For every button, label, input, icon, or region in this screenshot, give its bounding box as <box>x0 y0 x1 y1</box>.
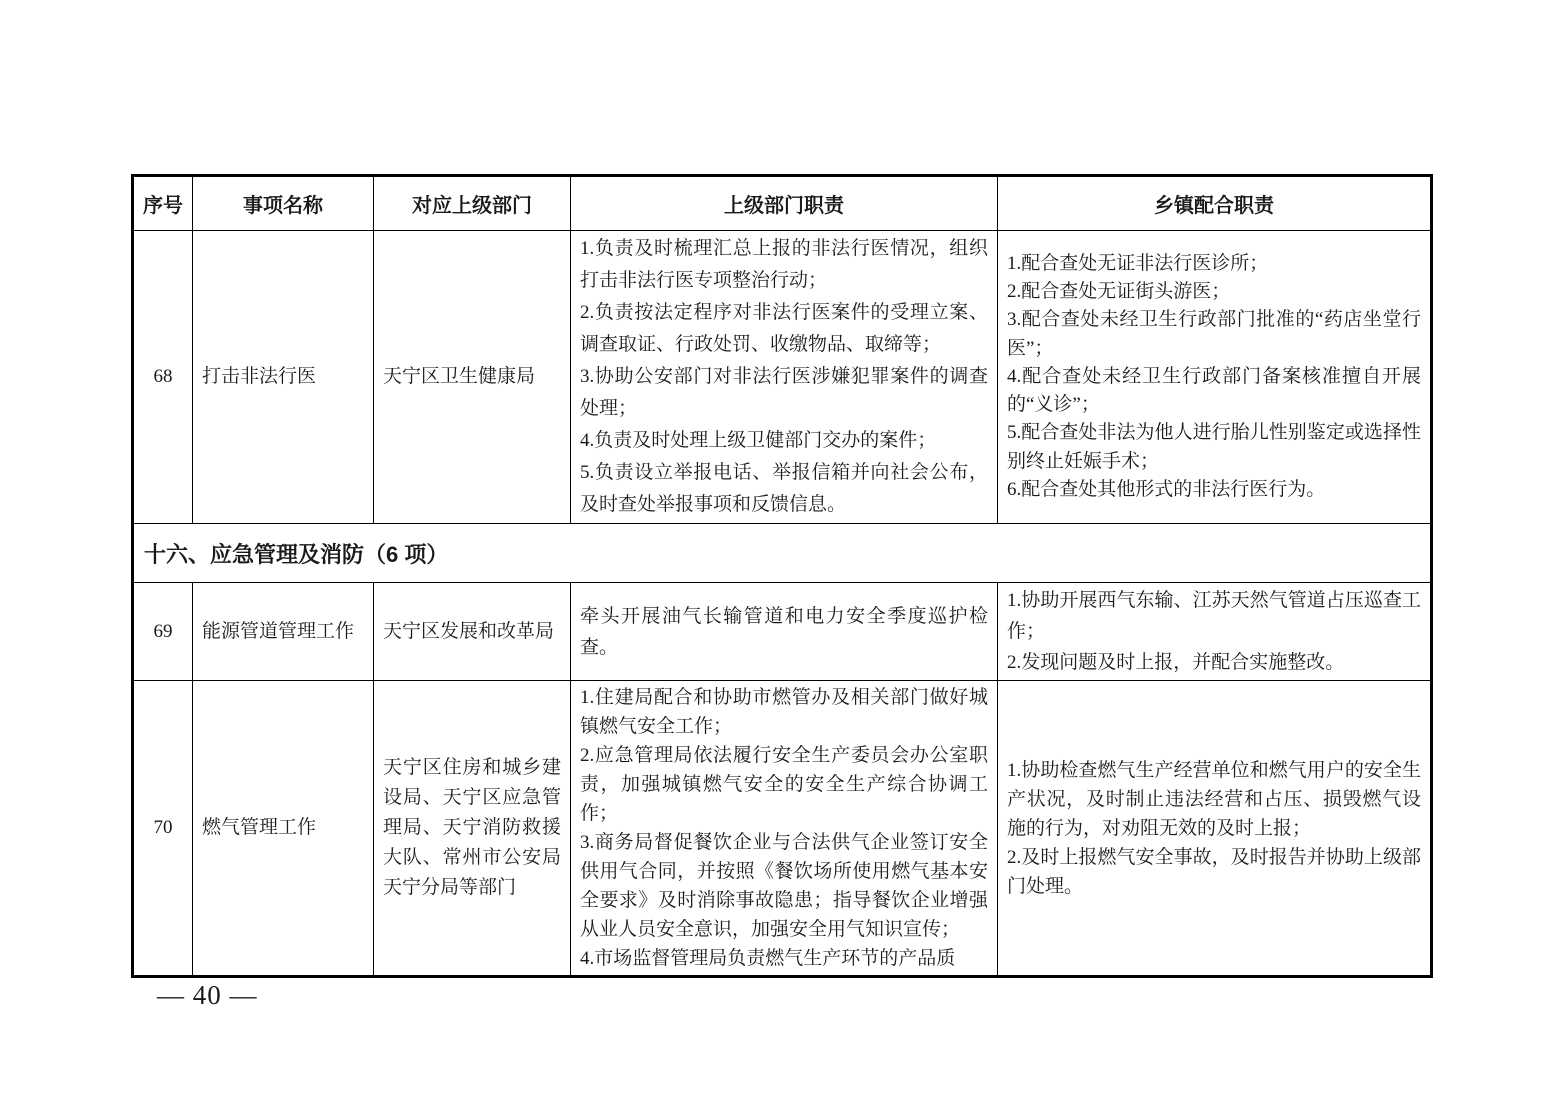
duty-item: 2.应急管理局依法履行安全生产委员会办公室职责，加强城镇燃气安全的安全生产综合协… <box>580 741 988 828</box>
duty-item: 2.负责按法定程序对非法行医案件的受理立案、调查取证、行政处罚、收缴物品、取缔等… <box>580 297 988 361</box>
duty-item: 3.商务局督促餐饮企业与合法供气企业签订安全供用气合同，并按照《餐饮场所使用燃气… <box>580 828 988 944</box>
duty-item: 2.配合查处无证街头游医； <box>1007 278 1421 306</box>
header-upper-duties: 上级部门职责 <box>571 176 998 231</box>
duty-item: 1.负责及时梳理汇总上报的非法行医情况，组织打击非法行医专项整治行动； <box>580 233 988 297</box>
duty-item: 1.协助开展西气东输、江苏天然气管道占压巡查工作； <box>1007 585 1421 647</box>
department-name: 天宁区住房和城乡建设局、天宁区应急管理局、天宁消防救援大队、常州市公安局天宁分局… <box>374 681 571 977</box>
duty-item: 牵头开展油气长输管道和电力安全季度巡护检查。 <box>580 601 988 663</box>
table-row-68: 68 打击非法行医 天宁区卫生健康局 1.负责及时梳理汇总上报的非法行医情况，组… <box>133 231 1432 524</box>
serial-number: 68 <box>133 231 193 524</box>
serial-number: 70 <box>133 681 193 977</box>
duty-item: 1.住建局配合和协助市燃管办及相关部门做好城镇燃气安全工作； <box>580 683 988 741</box>
table-header-row: 序号 事项名称 对应上级部门 上级部门职责 乡镇配合职责 <box>133 176 1432 231</box>
section-title: 十六、应急管理及消防（6 项） <box>133 524 1432 583</box>
duty-item: 3.配合查处未经卫生行政部门批准的“药店坐堂行医”； <box>1007 306 1421 362</box>
department-name: 天宁区发展和改革局 <box>374 583 571 681</box>
header-serial: 序号 <box>133 176 193 231</box>
header-town-duties: 乡镇配合职责 <box>998 176 1432 231</box>
upper-duties-cell: 牵头开展油气长输管道和电力安全季度巡护检查。 <box>571 583 998 681</box>
table-row-70: 70 燃气管理工作 天宁区住房和城乡建设局、天宁区应急管理局、天宁消防救援大队、… <box>133 681 1432 977</box>
section-header-row: 十六、应急管理及消防（6 项） <box>133 524 1432 583</box>
duty-item: 1.协助检查燃气生产经营单位和燃气用户的安全生产状况，及时制止违法经营和占压、损… <box>1007 756 1421 843</box>
duty-item: 5.负责设立举报电话、举报信箱并向社会公布，及时查处举报事项和反馈信息。 <box>580 457 988 521</box>
duty-item: 2.发现问题及时上报，并配合实施整改。 <box>1007 647 1421 678</box>
table-row-69: 69 能源管道管理工作 天宁区发展和改革局 牵头开展油气长输管道和电力安全季度巡… <box>133 583 1432 681</box>
upper-duties-cell: 1.住建局配合和协助市燃管办及相关部门做好城镇燃气安全工作； 2.应急管理局依法… <box>571 681 998 977</box>
town-duties-cell: 1.配合查处无证非法行医诊所； 2.配合查处无证街头游医； 3.配合查处未经卫生… <box>998 231 1432 524</box>
duty-item: 6.配合查处其他形式的非法行医行为。 <box>1007 476 1421 504</box>
header-department: 对应上级部门 <box>374 176 571 231</box>
serial-number: 69 <box>133 583 193 681</box>
item-name: 燃气管理工作 <box>193 681 374 977</box>
upper-duties-cell: 1.负责及时梳理汇总上报的非法行医情况，组织打击非法行医专项整治行动； 2.负责… <box>571 231 998 524</box>
duty-item: 5.配合查处非法为他人进行胎儿性别鉴定或选择性别终止妊娠手术； <box>1007 419 1421 475</box>
town-duties-cell: 1.协助检查燃气生产经营单位和燃气用户的安全生产状况，及时制止违法经营和占压、损… <box>998 681 1432 977</box>
duty-item: 4.市场监督管理局负责燃气生产环节的产品质 <box>580 944 988 973</box>
town-duties-cell: 1.协助开展西气东输、江苏天然气管道占压巡查工作； 2.发现问题及时上报，并配合… <box>998 583 1432 681</box>
responsibility-table: 序号 事项名称 对应上级部门 上级部门职责 乡镇配合职责 68 打击非法行医 天… <box>131 174 1433 978</box>
item-name: 打击非法行医 <box>193 231 374 524</box>
duty-item: 3.协助公安部门对非法行医涉嫌犯罪案件的调查处理； <box>580 361 988 425</box>
duty-item: 4.负责及时处理上级卫健部门交办的案件； <box>580 425 988 457</box>
duty-item: 1.配合查处无证非法行医诊所； <box>1007 250 1421 278</box>
department-name: 天宁区卫生健康局 <box>374 231 571 524</box>
duty-item: 4.配合查处未经卫生行政部门备案核准擅自开展的“义诊”； <box>1007 363 1421 419</box>
duty-item: 2.及时上报燃气安全事故，及时报告并协助上级部门处理。 <box>1007 843 1421 901</box>
page-number: — 40 — <box>157 980 258 1011</box>
header-item-name: 事项名称 <box>193 176 374 231</box>
item-name: 能源管道管理工作 <box>193 583 374 681</box>
